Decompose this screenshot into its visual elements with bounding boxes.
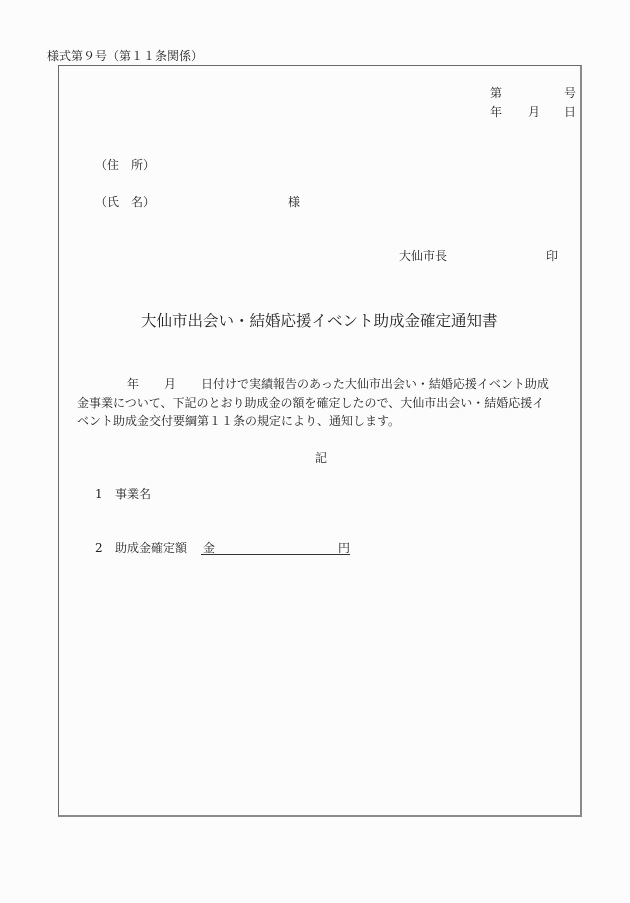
body-line1: 日付けで実績報告のあった大仙市出会い・結婚応援イベント助成 [201, 377, 549, 391]
name-label: （氏 名） [95, 195, 155, 209]
number-suffix: 号 [564, 86, 576, 100]
body-month: 月 [164, 377, 176, 391]
date-month: 月 [528, 105, 540, 119]
date-year: 年 [490, 105, 502, 119]
number-prefix: 第 [490, 86, 502, 100]
document-frame [58, 65, 582, 817]
sender-title: 大仙市長 [399, 249, 447, 263]
honorific: 様 [288, 195, 300, 209]
body-line2: 金事業について、下記のとおり助成金の額を確定したので、大仙市出会い・結婚応援イ [77, 396, 544, 410]
item-2-label: 助成金確定額 [115, 541, 187, 555]
document-title: 大仙市出会い・結婚応援イベント助成金確定通知書 [141, 312, 498, 330]
seal-mark: 印 [546, 249, 558, 263]
item-1-number: 1 [95, 487, 103, 501]
amount-underline [201, 554, 350, 555]
date-day: 日 [564, 105, 576, 119]
notation-label: 記 [315, 451, 327, 465]
body-line3: ベント助成金交付要綱第１１条の規定により、通知します。 [77, 414, 400, 428]
item-2-number: 2 [95, 541, 103, 555]
amount-prefix: 金 [203, 541, 215, 555]
amount-suffix: 円 [338, 541, 350, 555]
body-year: 年 [127, 377, 139, 391]
form-number-label: 様式第９号（第１１条関係） [47, 49, 203, 63]
item-1-label: 事業名 [115, 487, 151, 501]
address-label: （住 所） [95, 158, 155, 172]
